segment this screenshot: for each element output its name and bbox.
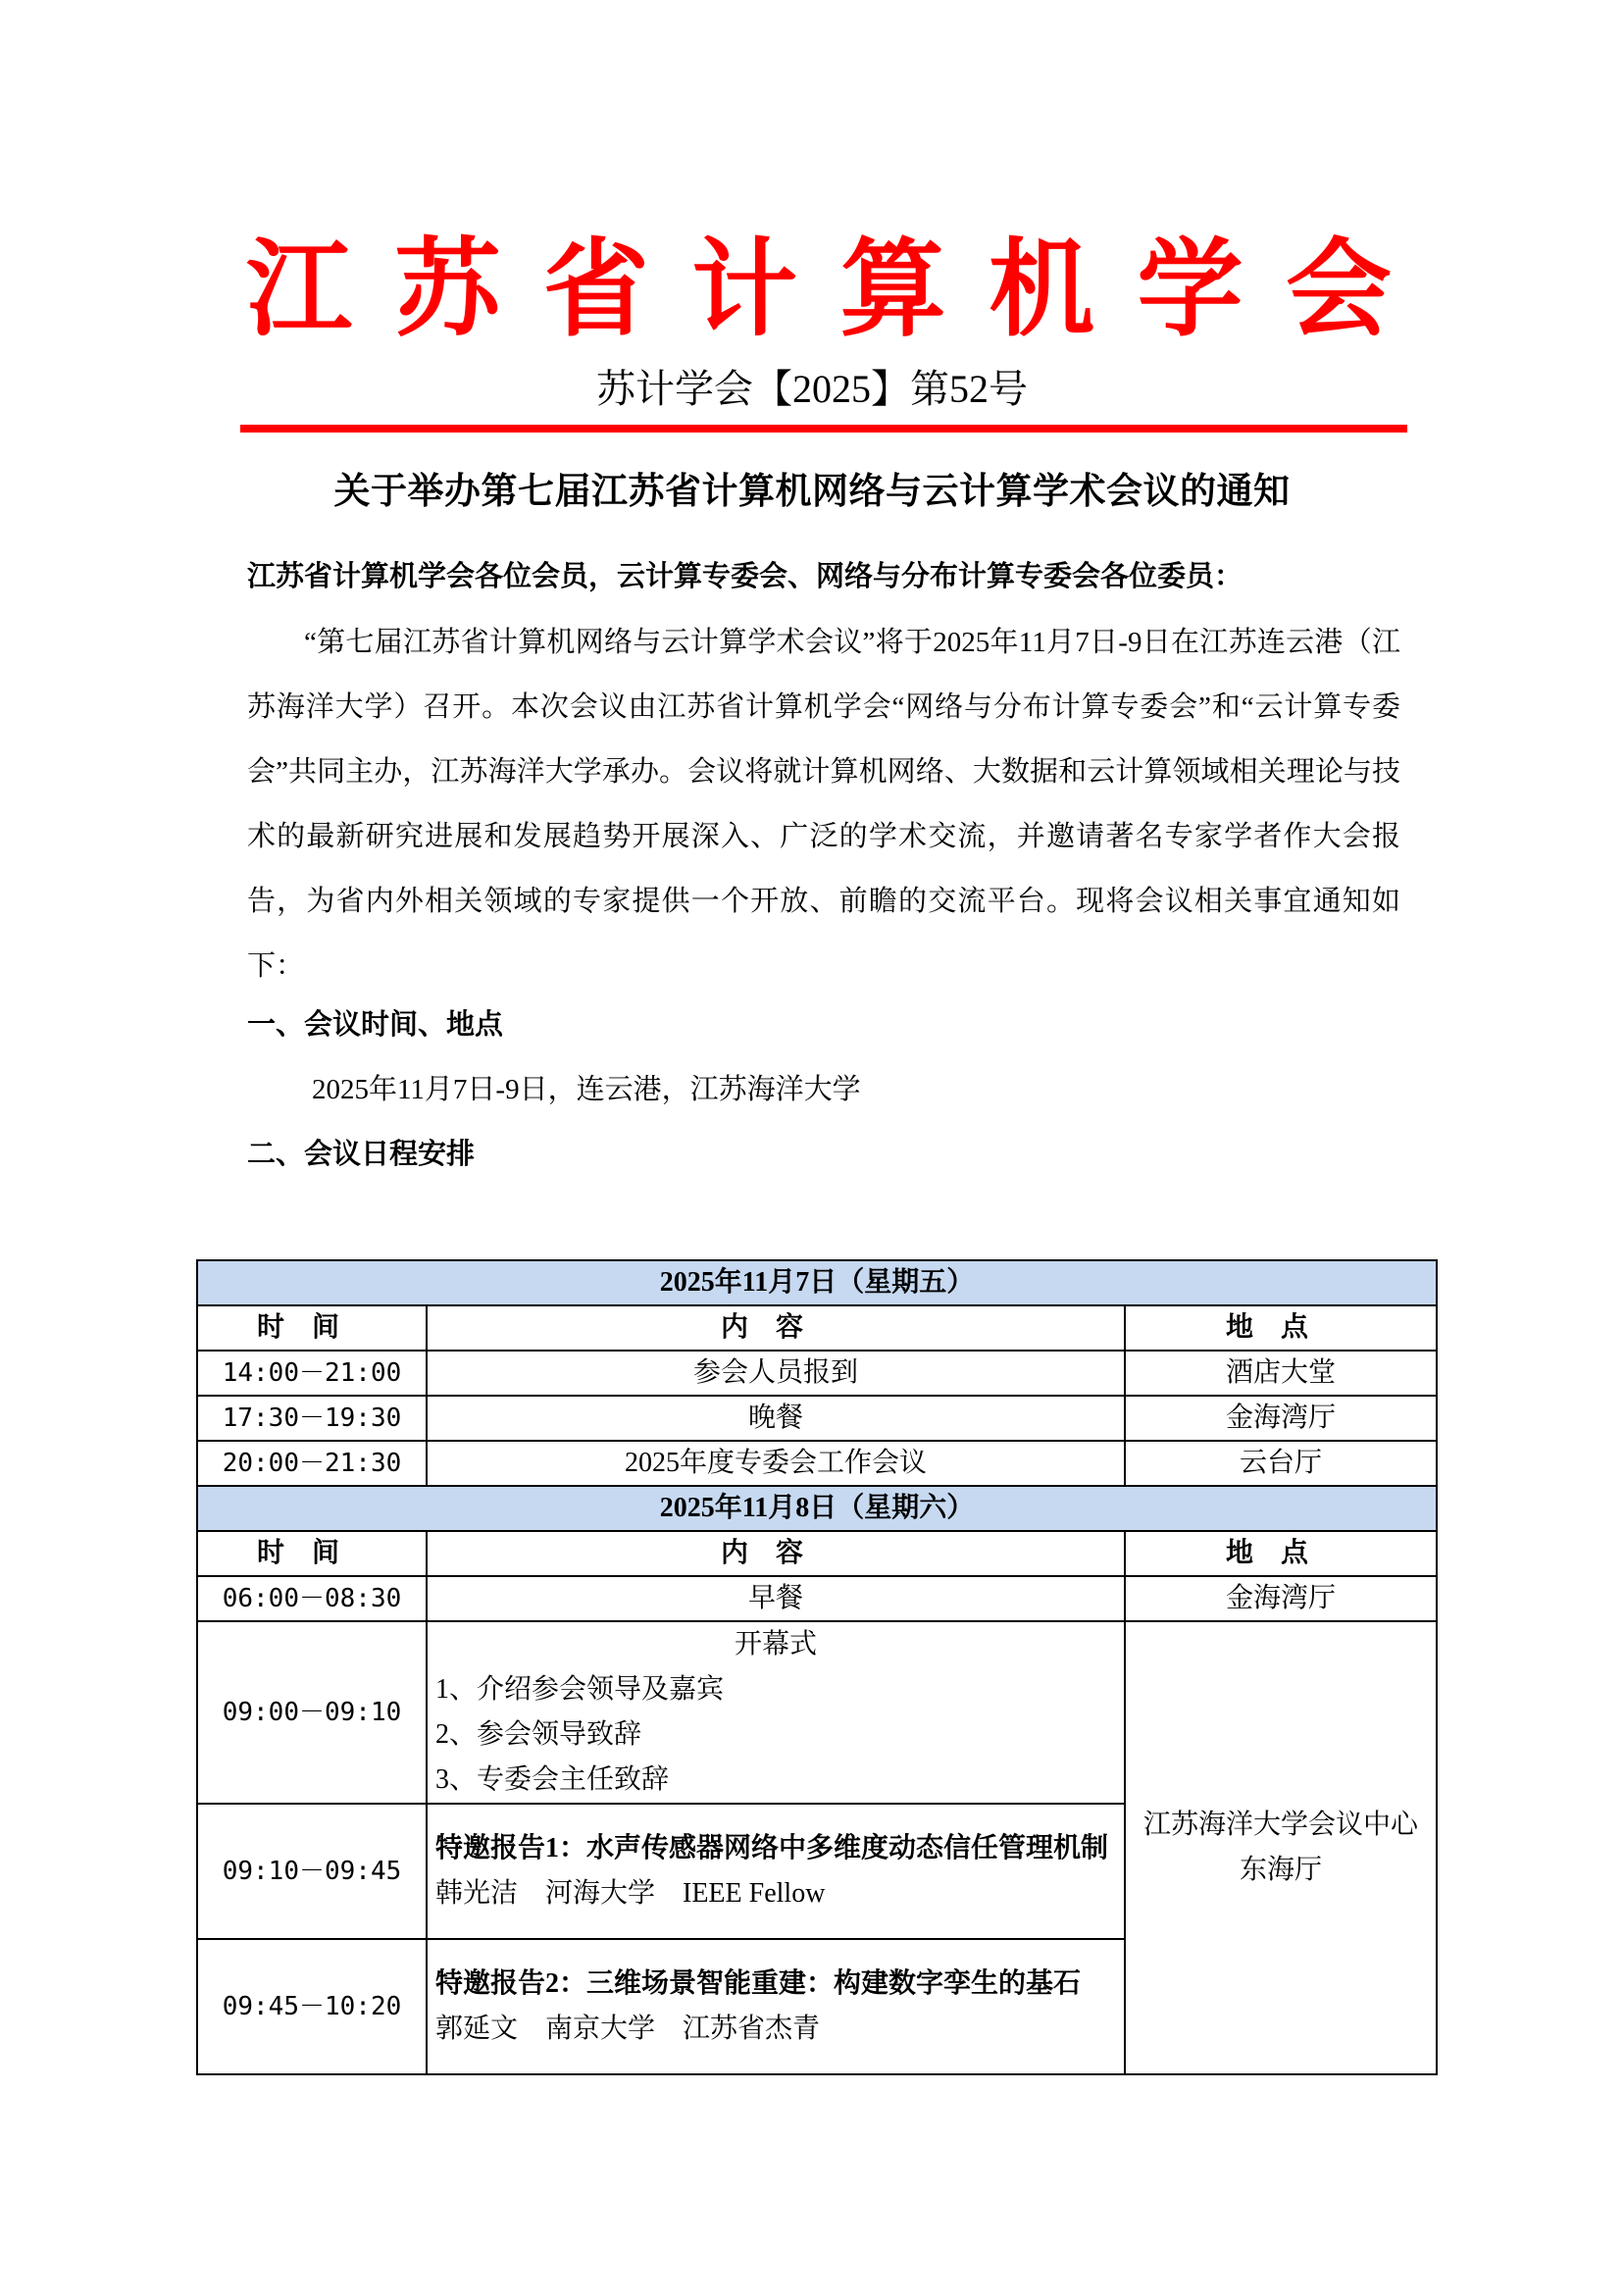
opening-title: 开幕式 (435, 1622, 1116, 1667)
col-header-content: 内容 (427, 1531, 1125, 1576)
section-heading-time-place: 一、会议时间、地点 (247, 993, 1400, 1057)
column-header-row: 时间 内容 地点 (197, 1305, 1437, 1351)
document-number: 苏计学会【2025】第52号 (0, 358, 1624, 414)
table-row-opening: 09:00－09:10 开幕式 1、介绍参会领导及嘉宾 2、参会领导致辞 3、专… (197, 1621, 1437, 1804)
col-header-content: 内容 (427, 1305, 1125, 1351)
talk2-content: 特邀报告2：三维场景智能重建：构建数字孪生的基石 郭延文 南京大学 江苏省杰青 (427, 1939, 1125, 2074)
row-content: 晚餐 (427, 1396, 1125, 1441)
section-heading-schedule: 二、会议日程安排 (247, 1122, 1400, 1187)
talk-title: 特邀报告1：水声传感器网络中多维度动态信任管理机制 (435, 1826, 1116, 1871)
row-content: 早餐 (427, 1576, 1125, 1621)
document-page: 江 苏 省 计 算 机 学 会 苏计学会【2025】第52号 关于举办第七届江苏… (0, 0, 1624, 2296)
talk1-content: 特邀报告1：水声传感器网络中多维度动态信任管理机制 韩光洁 河海大学 IEEE … (427, 1804, 1125, 1939)
notice-title: 关于举办第七届江苏省计算机网络与云计算学术会议的通知 (0, 461, 1624, 514)
table-row: 06:00－08:30 早餐 金海湾厅 (197, 1576, 1437, 1621)
red-divider (240, 425, 1407, 433)
row-time: 09:45－10:20 (197, 1939, 427, 2074)
organization-title: 江 苏 省 计 算 机 学 会 (240, 221, 1397, 338)
day-header-row: 2025年11月8日（星期六） (197, 1486, 1437, 1531)
org-title-char: 省 (537, 204, 655, 356)
venue-line: 江苏海洋大学会议中心 (1134, 1803, 1428, 1848)
table-row: 14:00－21:00 参会人员报到 酒店大堂 (197, 1351, 1437, 1396)
opening-item: 2、参会领导致辞 (435, 1712, 1116, 1758)
row-venue: 金海湾厅 (1125, 1576, 1437, 1621)
org-title-char: 苏 (388, 204, 506, 356)
col-header-time: 时间 (197, 1305, 427, 1351)
day1-date: 2025年11月7日（星期五） (197, 1260, 1437, 1305)
col-header-venue: 地点 (1125, 1305, 1437, 1351)
row-time: 09:00－09:10 (197, 1621, 427, 1804)
opening-item: 3、专委会主任致辞 (435, 1758, 1116, 1803)
row-venue: 酒店大堂 (1125, 1351, 1437, 1396)
day-header-row: 2025年11月7日（星期五） (197, 1260, 1437, 1305)
table-row: 20:00－21:30 2025年度专委会工作会议 云台厅 (197, 1441, 1437, 1486)
opening-item: 1、介绍参会领导及嘉宾 (435, 1667, 1116, 1712)
org-title-char: 算 (835, 204, 952, 356)
row-time: 20:00－21:30 (197, 1441, 427, 1486)
col-header-venue: 地点 (1125, 1531, 1437, 1576)
row-content: 参会人员报到 (427, 1351, 1125, 1396)
column-header-row: 时间 内容 地点 (197, 1531, 1437, 1576)
table-row: 17:30－19:30 晚餐 金海湾厅 (197, 1396, 1437, 1441)
day2-date: 2025年11月8日（星期六） (197, 1486, 1437, 1531)
talk-title: 特邀报告2：三维场景智能重建：构建数字孪生的基石 (435, 1962, 1116, 2007)
schedule-table: 2025年11月7日（星期五） 时间 内容 地点 14:00－21:00 参会人… (196, 1259, 1438, 2075)
org-title-char: 机 (983, 204, 1100, 356)
section-text-time-place: 2025年11月7日-9日，连云港，江苏海洋大学 (247, 1057, 1400, 1122)
opening-content: 开幕式 1、介绍参会领导及嘉宾 2、参会领导致辞 3、专委会主任致辞 (427, 1621, 1125, 1804)
intro-paragraph: “第七届江苏省计算机网络与云计算学术会议”将于2025年11月7日-9日在江苏连… (247, 610, 1400, 998)
row-time: 17:30－19:30 (197, 1396, 427, 1441)
org-title-char: 学 (1132, 204, 1249, 356)
talk-speaker: 郭延文 南京大学 江苏省杰青 (435, 2007, 1116, 2052)
venue-line: 东海厅 (1134, 1848, 1428, 1893)
salutation: 江苏省计算机学会各位会员，云计算专委会、网络与分布计算专委会各位委员： (247, 544, 1400, 609)
merged-venue: 江苏海洋大学会议中心 东海厅 (1125, 1621, 1437, 2074)
row-content: 2025年度专委会工作会议 (427, 1441, 1125, 1486)
org-title-char: 会 (1280, 204, 1397, 356)
row-venue: 云台厅 (1125, 1441, 1437, 1486)
row-time: 06:00－08:30 (197, 1576, 427, 1621)
org-title-char: 计 (685, 204, 803, 356)
row-time: 14:00－21:00 (197, 1351, 427, 1396)
org-title-char: 江 (240, 204, 358, 356)
col-header-time: 时间 (197, 1531, 427, 1576)
row-time: 09:10－09:45 (197, 1804, 427, 1939)
talk-speaker: 韩光洁 河海大学 IEEE Fellow (435, 1871, 1116, 1916)
row-venue: 金海湾厅 (1125, 1396, 1437, 1441)
